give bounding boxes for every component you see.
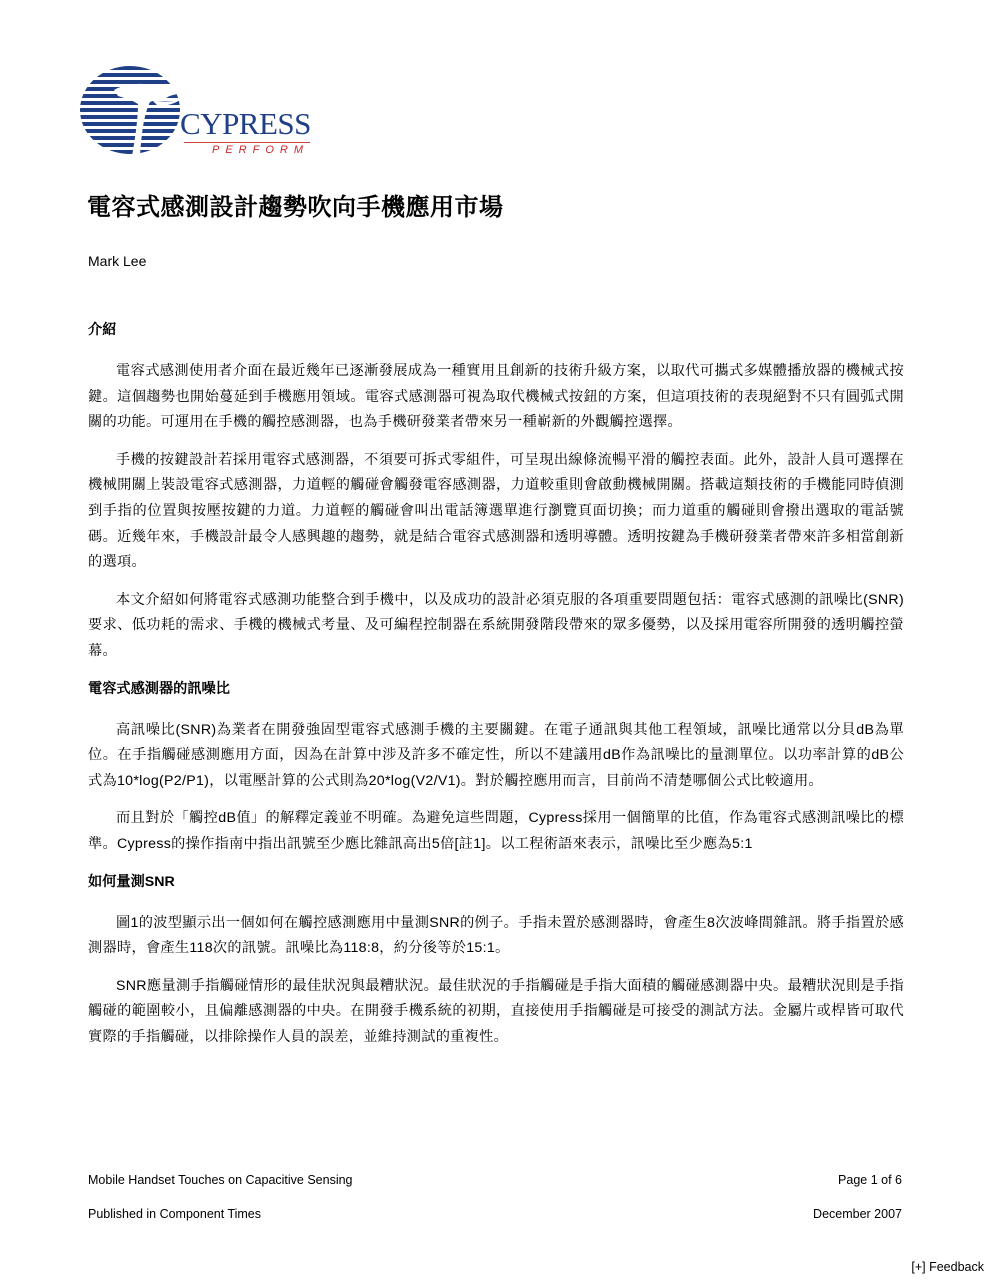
section-heading: 介紹 [88,318,904,342]
author-name: Mark Lee [88,252,146,270]
section-measure-snr: 如何量測SNR 圖1的波型顯示出一個如何在觸控感測應用中量測SNR的例子。手指未… [88,870,904,1051]
section-heading: 如何量測SNR [88,870,904,894]
footer-row-2: Published in Component Times December 20… [88,1206,902,1222]
logo-divider [184,142,310,143]
paragraph: 電容式感測使用者介面在最近幾年已逐漸發展成為一種實用且創新的技術升級方案，以取代… [88,359,904,436]
footer-date: December 2007 [813,1206,902,1222]
perform-tagline: PERFORM [212,145,309,156]
section-introduction: 介紹 電容式感測使用者介面在最近幾年已逐漸發展成為一種實用且創新的技術升級方案，… [88,318,904,665]
feedback-link[interactable]: [+] Feedback [911,1259,984,1275]
paragraph: 圖1的波型顯示出一個如何在觸控感測應用中量測SNR的例子。手指未置於感測器時，會… [88,911,904,962]
footer-doc-name: Mobile Handset Touches on Capacitive Sen… [88,1172,353,1188]
cypress-logo: CYPRESS PERFORM [80,64,315,160]
paragraph: SNR應量測手指觸碰情形的最佳狀況與最糟狀況。最佳狀況的手指觸碰是手指大面積的觸… [88,974,904,1051]
section-heading: 電容式感測器的訊噪比 [88,677,904,701]
footer-publication: Published in Component Times [88,1206,261,1222]
paragraph: 而且對於「觸控dB值」的解釋定義並不明確。為避免這些問題，Cypress採用一個… [88,806,904,857]
cypress-globe-tree-icon [80,64,192,160]
paragraph: 高訊噪比(SNR)為業者在開發強固型電容式感測手機的主要關鍵。在電子通訊與其他工… [88,718,904,795]
section-snr: 電容式感測器的訊噪比 高訊噪比(SNR)為業者在開發強固型電容式感測手機的主要關… [88,677,904,858]
document-body: 介紹 電容式感測使用者介面在最近幾年已逐漸發展成為一種實用且創新的技術升級方案，… [88,318,904,1062]
paragraph: 本文介紹如何將電容式感測功能整合到手機中，以及成功的設計必須克服的各項重要問題包… [88,588,904,665]
paragraph: 手機的按鍵設計若採用電容式感測器，不須要可拆式零組件，可呈現出線條流暢平滑的觸控… [88,448,904,576]
footer-page-info: Page 1 of 6 [838,1172,902,1188]
document-title: 電容式感測設計趨勢吹向手機應用市場 [87,192,504,224]
footer-row-1: Mobile Handset Touches on Capacitive Sen… [88,1172,902,1188]
cypress-wordmark: CYPRESS [180,108,311,139]
